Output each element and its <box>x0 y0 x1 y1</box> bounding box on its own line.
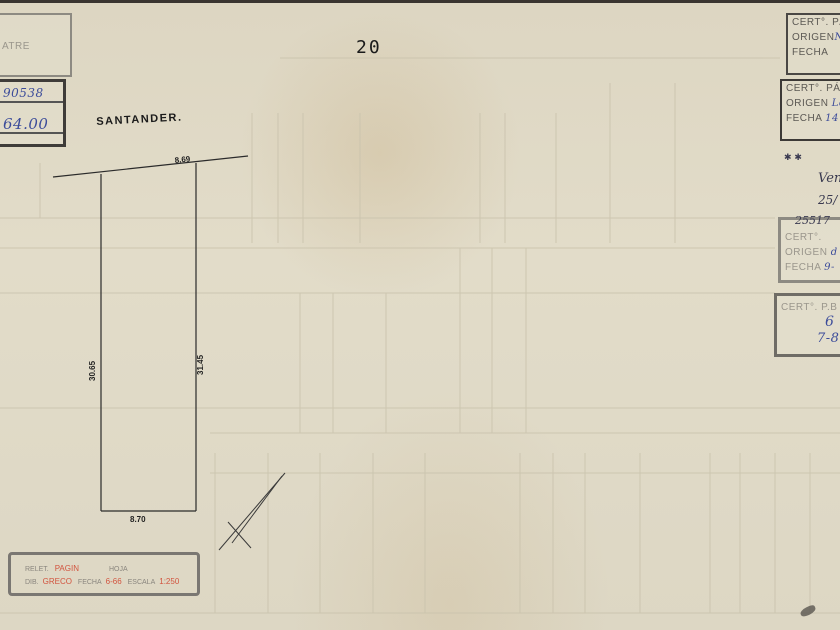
north-arrow-icon <box>219 473 285 550</box>
right-side-dimension: 31.45 <box>196 354 205 375</box>
left-side-dimension: 30.65 <box>88 360 97 381</box>
red-annotation: ✱ ✱ <box>784 153 802 163</box>
street-frontage-line <box>53 156 248 177</box>
plot-diagram: 8.69 8.70 30.65 31.45 <box>0 3 840 630</box>
right-stamp-3: 25517 CERT°. ORIGEN d FECHA 9- <box>778 217 840 283</box>
handwritten-note-2: 25/ <box>818 193 837 207</box>
right-stamp-2: CERT°. PÁRC ORIGEN Le FECHA 14 <box>780 79 840 141</box>
back-width-dimension: 8.70 <box>130 515 146 524</box>
right-stamp-4: CERT°. P.B 6 7-8 <box>774 293 840 357</box>
handwritten-note-1: Vent <box>818 171 840 186</box>
right-stamp-1: CERT°. PÁRC ORIGENN FECHA <box>786 13 840 75</box>
front-width-dimension: 8.69 <box>174 154 191 165</box>
cadastral-sheet: 20 SANTANDER. 8.69 8.70 30.65 31.45 ATRE… <box>0 0 840 630</box>
left-stamp-faded: ATRE <box>0 13 72 77</box>
drawing-info-stamp: RELET. PAGIN HOJA DIB.GRECO FECHA6-66 ES… <box>8 552 200 596</box>
left-stamp-number: 90538 64.00 <box>0 79 66 147</box>
